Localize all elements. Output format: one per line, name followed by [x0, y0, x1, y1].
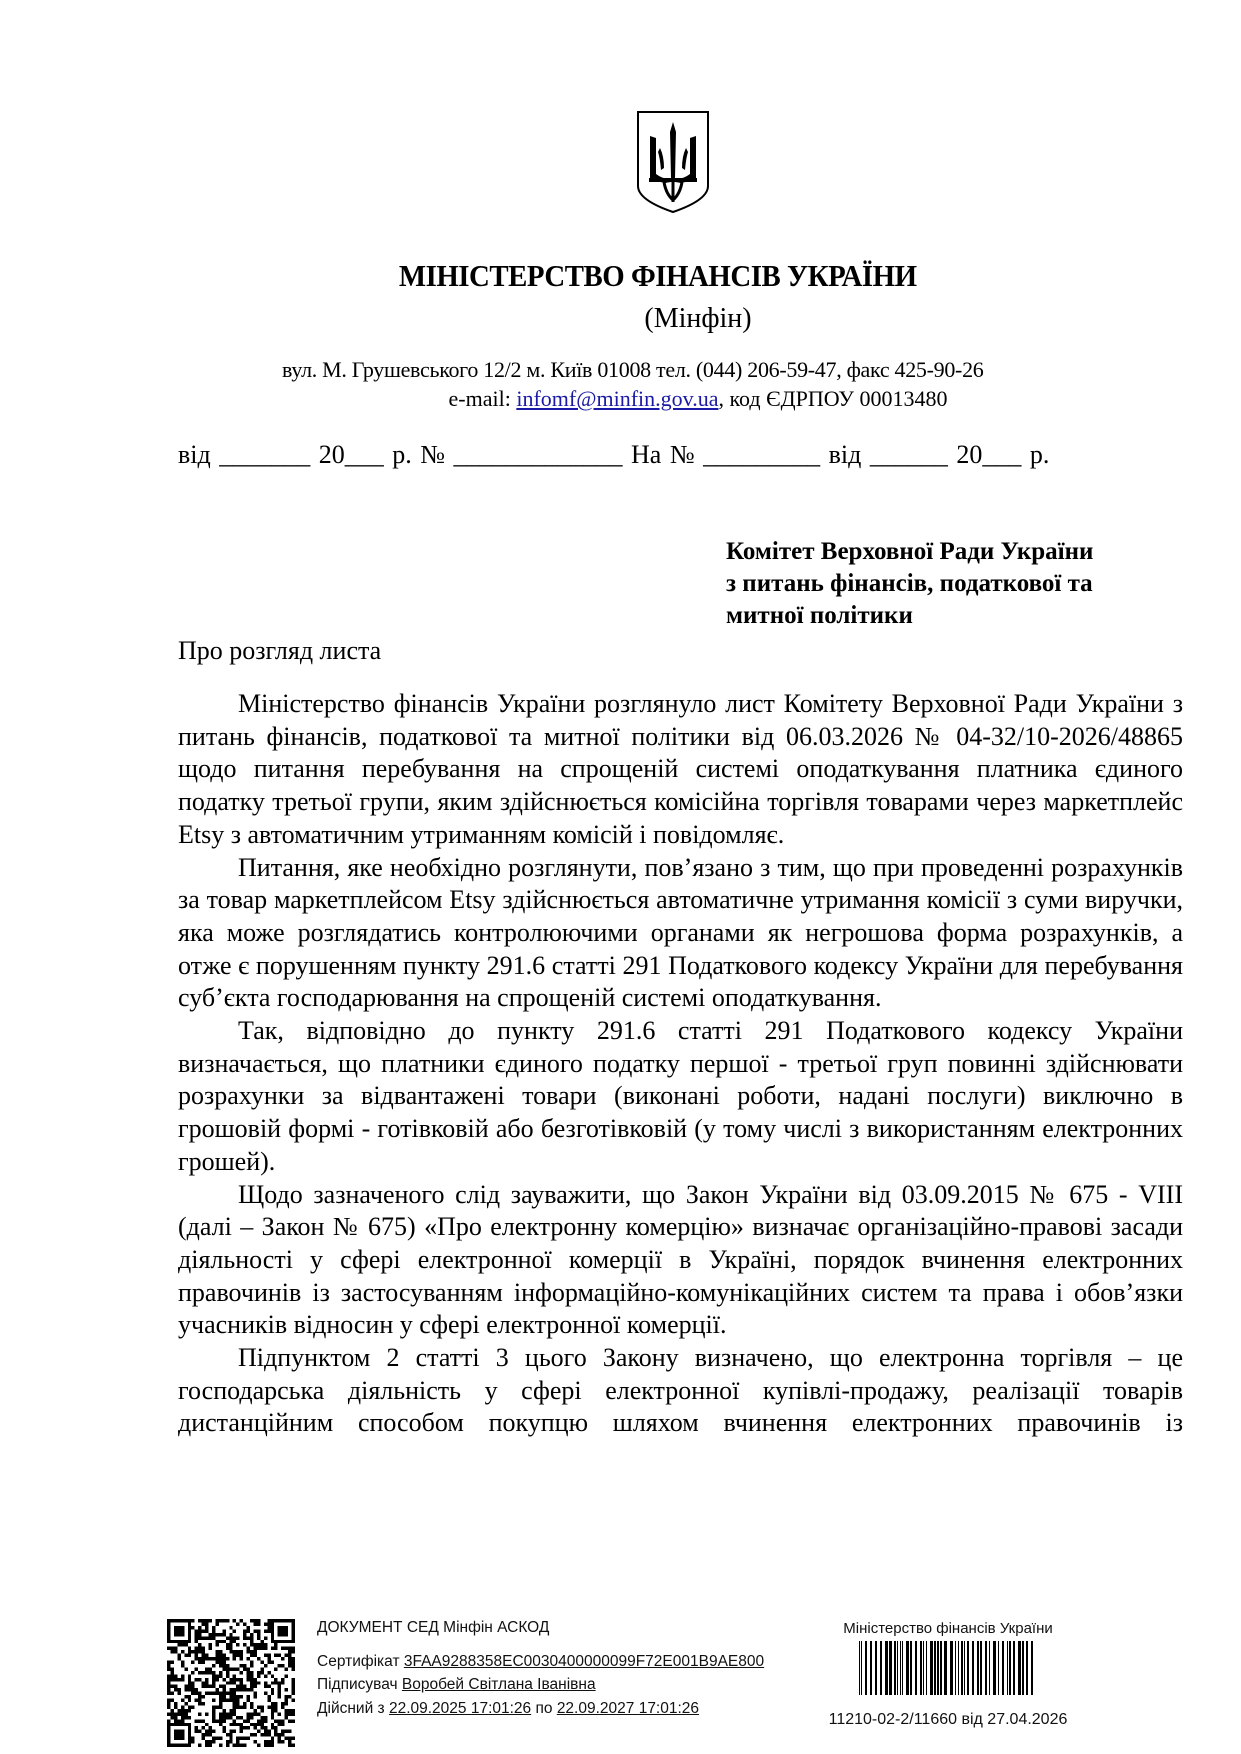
stamp-system: ДОКУМЕНТ СЕД Мінфін АСКОД [317, 1616, 764, 1640]
signer-name: Воробей Світлана Іванівна [402, 1676, 596, 1693]
email-link[interactable]: infomf@minfin.gov.ua [516, 386, 718, 411]
barcode-icon [859, 1641, 1037, 1695]
addressee-line: з питань фінансів, податкової та [726, 568, 1186, 600]
signer-label: Підписувач [317, 1676, 402, 1693]
email-label: e-mail: [449, 386, 517, 411]
body-paragraph: Міністерство фінансів України розглянуло… [178, 688, 1183, 852]
addressee-line: Комітет Верховної Ради України [726, 536, 1186, 568]
qr-code-icon [167, 1618, 295, 1748]
stamp-certificate: Сертифікат 3FAA9288358EC0030400000099F72… [317, 1650, 764, 1674]
valid-label: Дійсний з [317, 1700, 389, 1717]
certificate-value: 3FAA9288358EC0030400000099F72E001B9AE800 [404, 1653, 764, 1670]
body-paragraph: Питання, яке необхідно розглянути, пов’я… [178, 852, 1183, 1016]
registration-stamp: Міністерство фінансів України 11210-02-2… [808, 1620, 1088, 1729]
stamp-signer: Підписувач Воробей Світлана Іванівна [317, 1673, 764, 1697]
body-paragraph: Так, відповідно до пункту 291.6 статті 2… [178, 1015, 1183, 1179]
organization-address: вул. М. Грушевського 12/2 м. Київ 01008 … [282, 357, 1112, 383]
signature-stamp: ДОКУМЕНТ СЕД Мінфін АСКОД Сертифікат 3FA… [317, 1616, 764, 1720]
valid-to-label: по [531, 1700, 557, 1717]
registration-number: 11210-02-2/11660 від 27.04.2026 [808, 1711, 1088, 1729]
organization-short-name: (Мінфін) [0, 303, 1241, 335]
registration-line: від _______ 20___ р. № _____________ На … [178, 440, 1158, 470]
addressee-line: митної політики [726, 600, 1186, 632]
addressee-block: Комітет Верховної Ради України з питань … [726, 536, 1186, 632]
valid-to: 22.09.2027 17:01:26 [557, 1700, 699, 1717]
organization-title: МІНІСТЕРСТВО ФІНАНСІВ УКРАЇНИ [43, 258, 1197, 294]
body-paragraph: Підпунктом 2 статті 3 цього Закону визна… [178, 1342, 1183, 1440]
body-paragraph: Щодо зазначеного слід зауважити, що Зако… [178, 1179, 1183, 1343]
letter-subject: Про розгляд листа [178, 636, 381, 666]
certificate-label: Сертифікат [317, 1653, 404, 1670]
organization-contacts: e-mail: infomf@minfin.gov.ua, код ЄДРПОУ… [0, 386, 1241, 412]
barcode-title: Міністерство фінансів України [808, 1620, 1088, 1637]
stamp-validity: Дійсний з 22.09.2025 17:01:26 по 22.09.2… [317, 1697, 764, 1721]
letter-body: Міністерство фінансів України розглянуло… [178, 688, 1183, 1440]
ukraine-coat-of-arms-icon [634, 108, 712, 216]
valid-from: 22.09.2025 17:01:26 [389, 1700, 531, 1717]
edrpou-code: , код ЄДРПОУ 00013480 [718, 386, 947, 411]
